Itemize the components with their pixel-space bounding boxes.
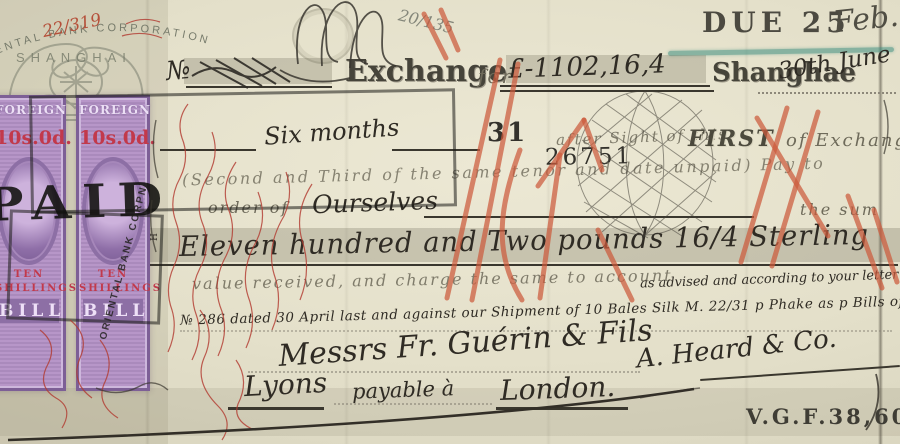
amount-figures: £-1102,16,4 bbox=[508, 49, 667, 84]
payable-label-handwritten: payable à bbox=[352, 376, 455, 404]
number-label: № bbox=[165, 55, 192, 87]
amount-underline-2 bbox=[500, 90, 714, 92]
first-of-exchange-label: FIRST bbox=[688, 126, 774, 152]
pencil-reference-number: 20/135 bbox=[397, 5, 456, 37]
signature-underline bbox=[700, 365, 900, 381]
date-dotted-line bbox=[758, 92, 896, 94]
value-received-clause: value received, and charge the same to a… bbox=[192, 266, 673, 293]
payable-at-handwritten: London. bbox=[499, 370, 615, 407]
amount-words-underline bbox=[150, 264, 898, 266]
payable-city-handwritten: Lyons bbox=[243, 366, 328, 403]
form-code: V.G.F.38,60 bbox=[746, 404, 900, 429]
paid-overprint-stamp: PAID bbox=[0, 171, 174, 232]
bank-city-stamp: SHANGHAI bbox=[16, 50, 132, 65]
due-month-stamp: Feb. bbox=[831, 0, 900, 40]
amount-underline-1 bbox=[500, 85, 710, 87]
as-advised-handwritten: as advised and according to your letter bbox=[640, 267, 899, 291]
due-date-stamp: DUE 25 bbox=[702, 6, 851, 39]
red-reference-number: 22/319 bbox=[41, 10, 104, 42]
the-sum-label: the sum bbox=[800, 200, 879, 219]
bill-of-exchange-document: ORIENTAL BANK CORPORATION SHANGHAI 22/31… bbox=[0, 0, 900, 444]
number-underline bbox=[186, 86, 332, 88]
of-exchange-text: of Exchange bbox=[786, 130, 900, 151]
payable-underline-2 bbox=[496, 407, 628, 410]
control-number-stamp: 31 bbox=[487, 118, 527, 148]
payable-dotted bbox=[334, 403, 492, 405]
security-band bbox=[184, 58, 332, 84]
payee-underline bbox=[424, 216, 754, 218]
payable-underline-1 bbox=[228, 407, 324, 410]
